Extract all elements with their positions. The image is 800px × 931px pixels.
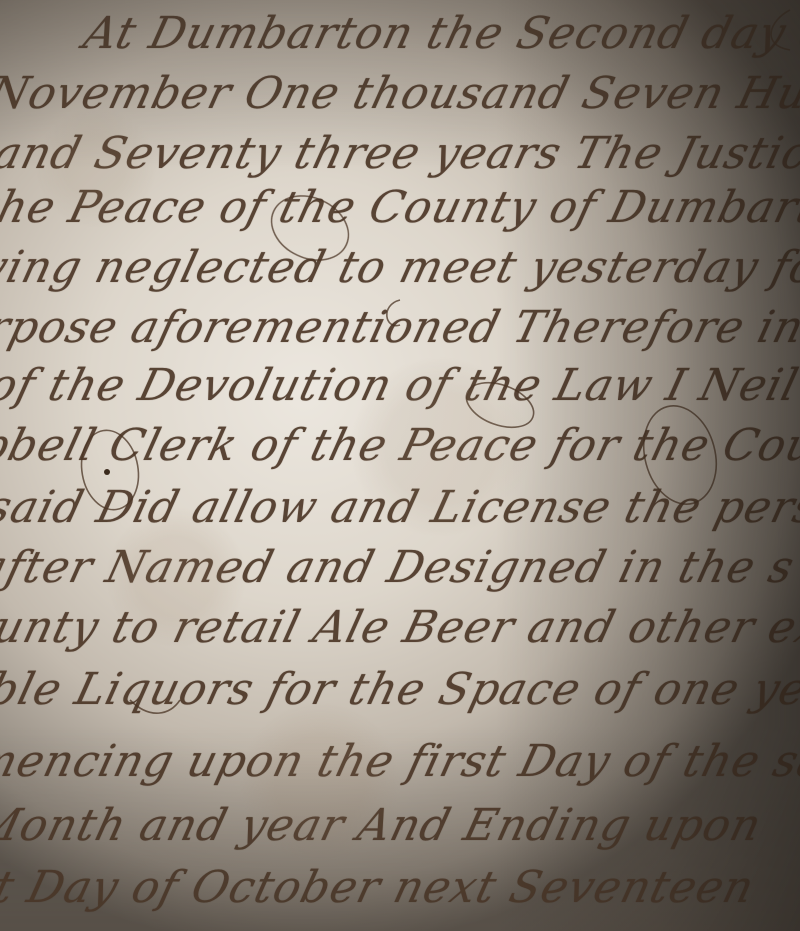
manuscript-line: t Day of October next Seventeen	[0, 862, 760, 913]
manuscript-line: said Did allow and License the perso	[0, 482, 800, 533]
manuscript-page: At Dumbarton the Second day ofNovember O…	[0, 0, 800, 931]
manuscript-line: Month and year And Ending upon	[0, 800, 767, 851]
manuscript-line: and Seventy three years The Justices of	[0, 128, 800, 179]
manuscript-line: mencing upon the first Day of the sa	[0, 736, 800, 787]
manuscript-line: unty to retail Ale Beer and other exc	[0, 602, 800, 653]
manuscript-line: ving neglected to meet yesterday for the…	[0, 242, 800, 293]
manuscript-line: the Peace of the County of Dumbarton ha	[0, 182, 800, 233]
manuscript-line: pbell Clerk of the Peace for the County …	[0, 420, 800, 471]
manuscript-line: ble Liquors for the Space of one year	[0, 664, 800, 715]
manuscript-line: of the Devolution of the Law I Neil Cam	[0, 360, 800, 411]
manuscript-line: rpose aforementioned Therefore in Term	[0, 302, 800, 353]
manuscript-line: At Dumbarton the Second day of	[79, 8, 800, 59]
manuscript-line: November One thousand Seven Hundred	[0, 68, 800, 119]
manuscript-line: after Named and Designed in the s	[0, 542, 800, 593]
